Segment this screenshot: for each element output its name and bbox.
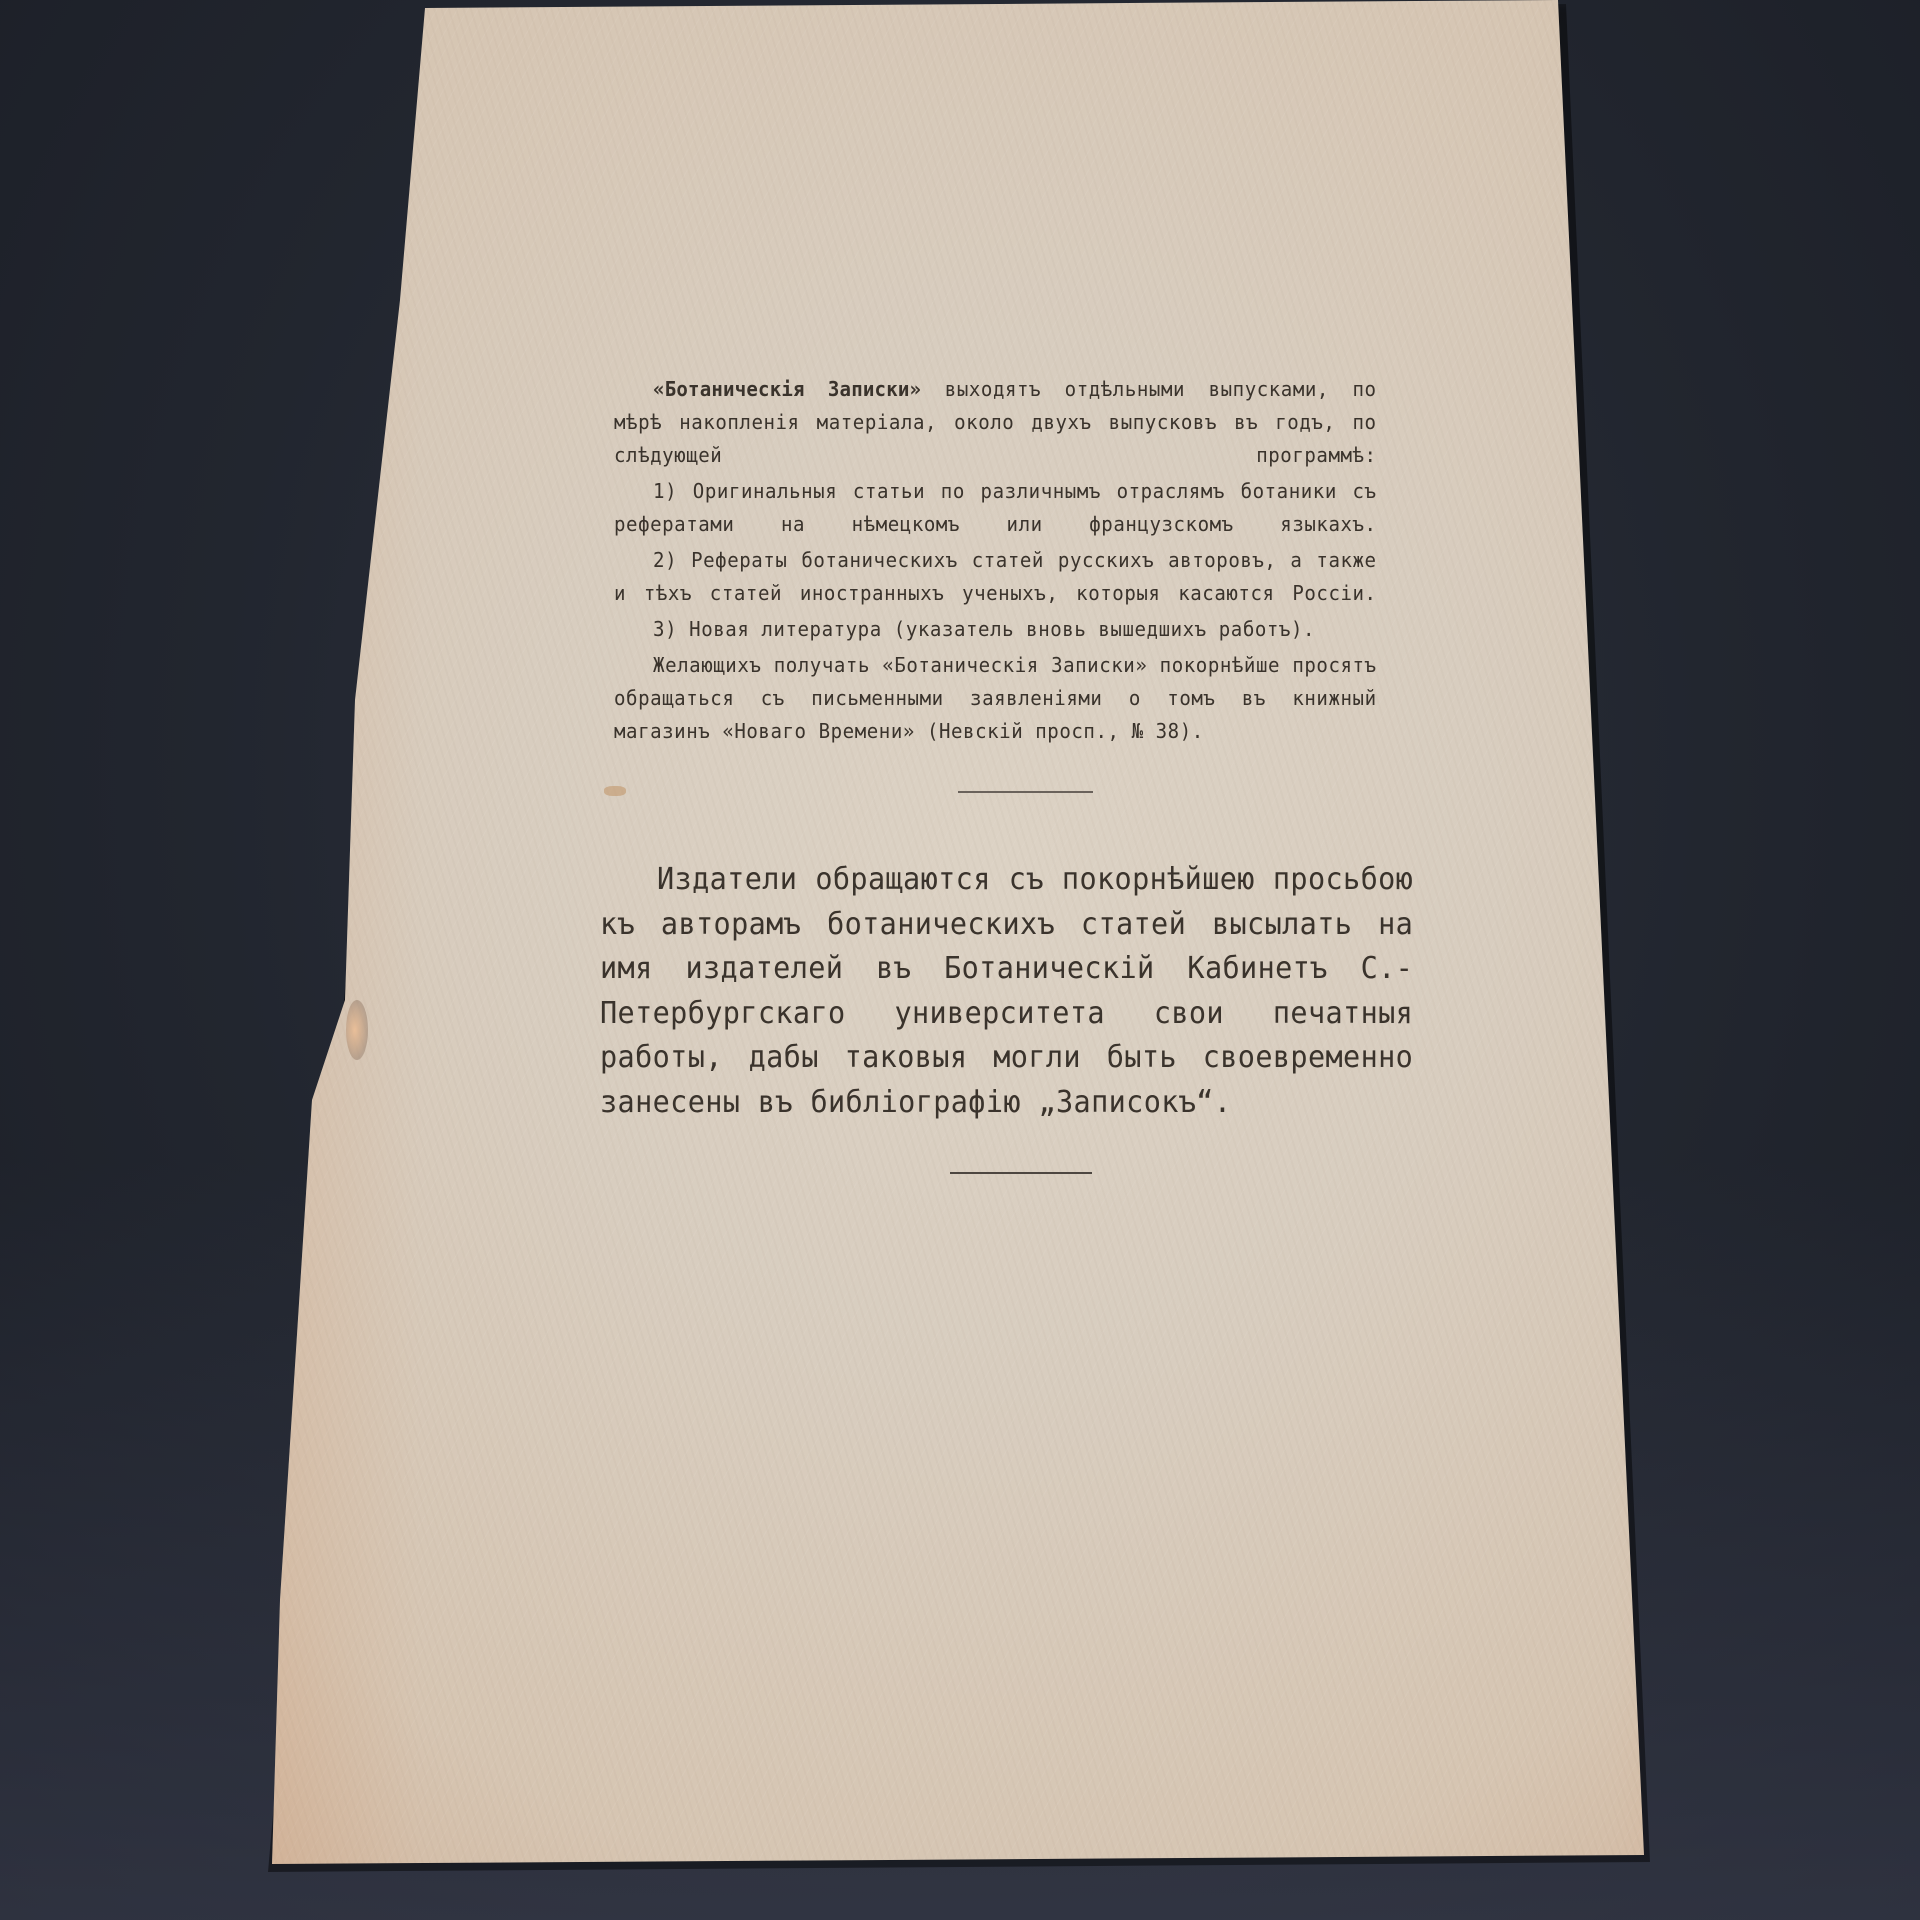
publishers-appeal: Издатели обращаются съ покорнѣйшею прось… [600,858,1413,1125]
printed-page: «Ботаническія Записки» выходятъ отдѣльны… [0,0,1920,1920]
notice-intro: «Ботаническія Записки» выходятъ отдѣльны… [614,373,1377,472]
program-item-2: 2) Рефераты ботаническихъ статей русских… [614,544,1377,610]
closing-divider [950,1172,1092,1174]
program-item-3: 3) Новая литература (указатель вновь выш… [614,613,1377,646]
appeal-text: Издатели обращаются съ покорнѣйшею прось… [600,858,1413,1125]
journal-title: «Ботаническія Записки» [653,377,921,401]
paper-tear [346,1000,368,1060]
subscription-note: Желающихъ получать «Ботаническія Записки… [614,649,1377,748]
section-divider [958,791,1093,793]
program-item-1: 1) Оригинальныя статьи по различнымъ отр… [614,475,1377,541]
ink-stain [604,786,626,796]
publication-notice: «Ботаническія Записки» выходятъ отдѣльны… [614,373,1377,751]
